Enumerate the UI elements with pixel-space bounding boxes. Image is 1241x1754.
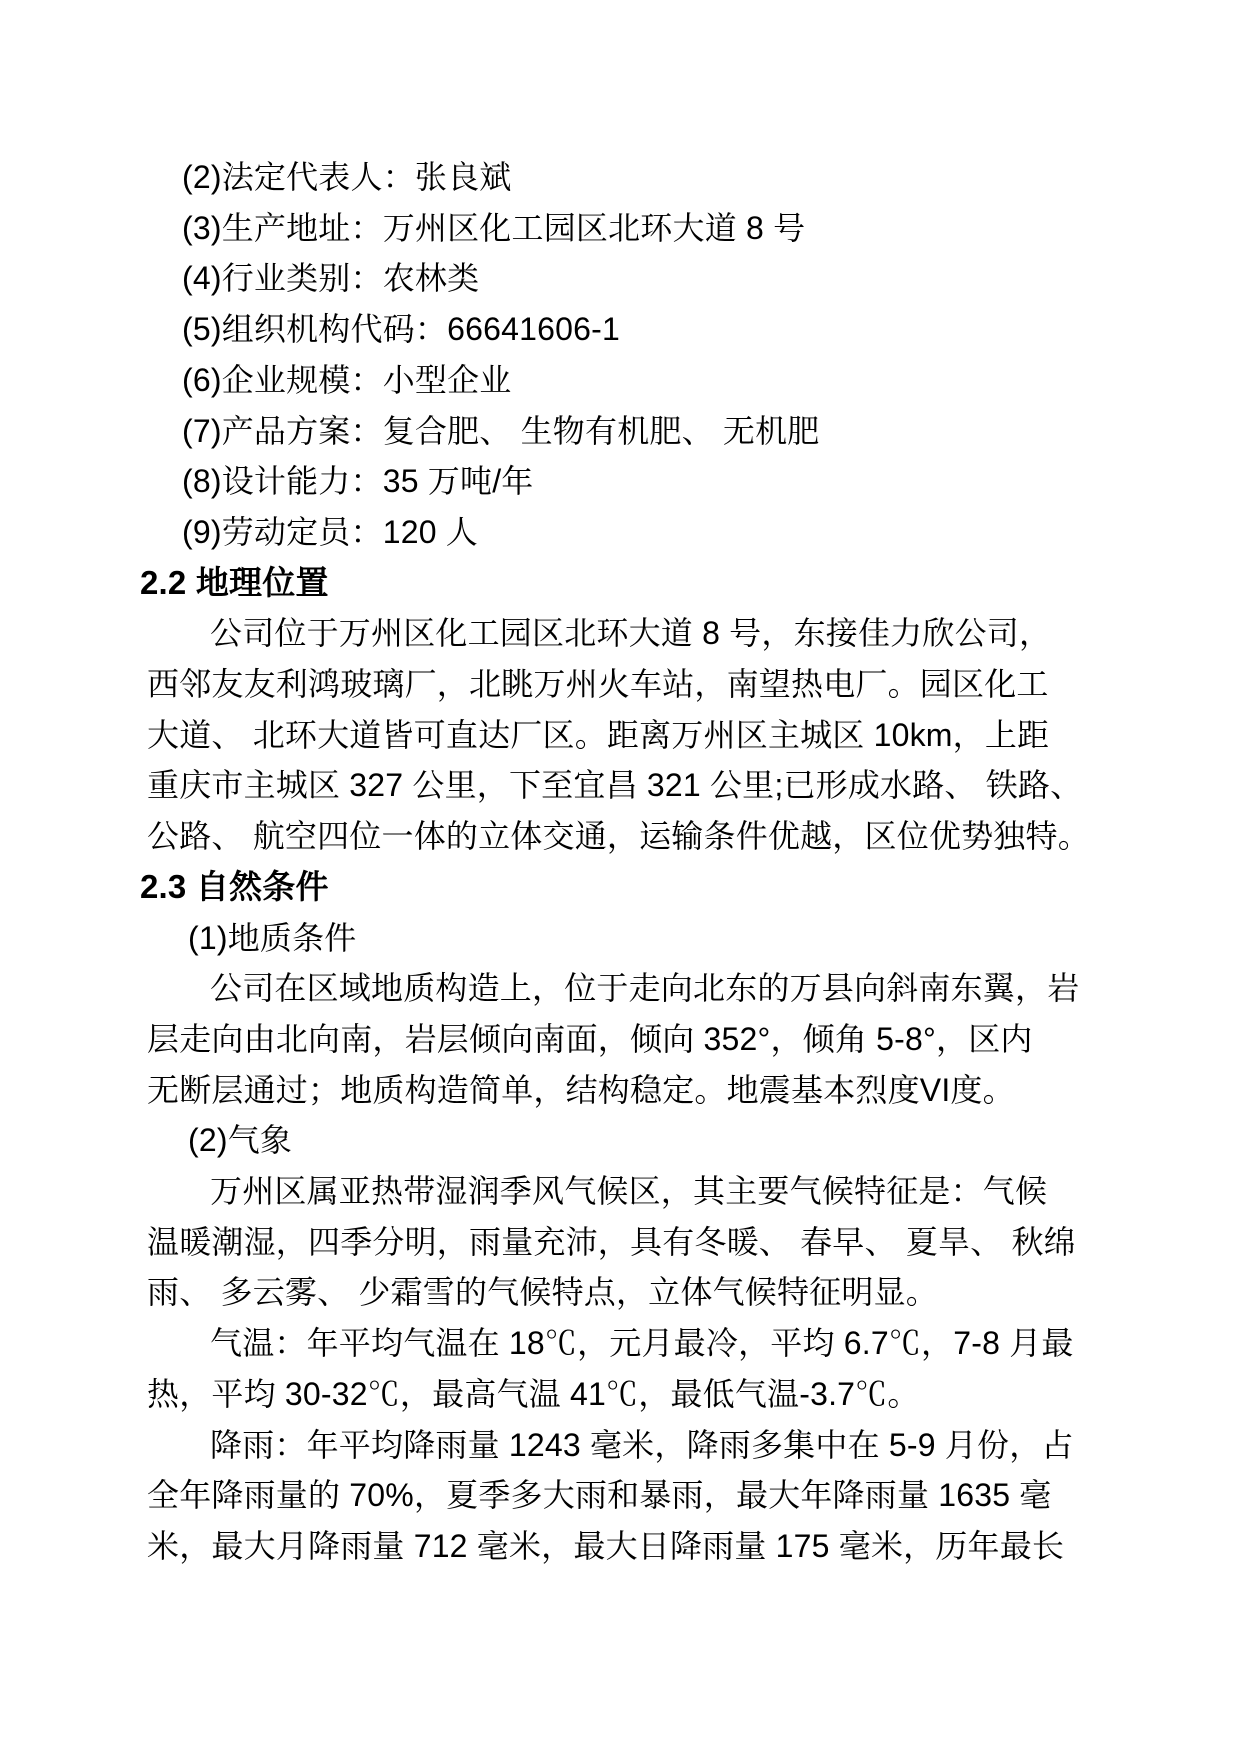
list-item: (7)产品方案：复合肥、 生物有机肥、 无机肥	[140, 406, 1151, 457]
list-item: (5)组织机构代码：66641606-1	[140, 304, 1151, 355]
list-item: (8)设计能力：35 万吨/年	[140, 456, 1151, 507]
list-item: (9)劳动定员：120 人	[140, 507, 1151, 558]
section-heading: 2.3 自然条件	[140, 862, 1151, 913]
paragraph-line: 公路、 航空四位一体的立体交通，运输条件优越，区位优势独特。	[140, 811, 1151, 862]
paragraph-line: 米，最大月降雨量 712 毫米，最大日降雨量 175 毫米，历年最长	[140, 1521, 1151, 1572]
list-item: (2)法定代表人：张良斌	[140, 152, 1151, 203]
paragraph-line: 重庆市主城区 327 公里，下至宜昌 321 公里;已形成水路、 铁路、	[140, 760, 1151, 811]
list-item: (6)企业规模：小型企业	[140, 355, 1151, 406]
paragraph-line: 雨、 多云雾、 少霜雪的气候特点，立体气候特征明显。	[140, 1267, 1151, 1318]
paragraph-line: 西邻友友利鸿玻璃厂，北眺万州火车站，南望热电厂。园区化工	[140, 659, 1151, 710]
paragraph-first-line: 降雨：年平均降雨量 1243 毫米，降雨多集中在 5-9 月份，占	[140, 1420, 1151, 1471]
list-item: (4)行业类别：农林类	[140, 253, 1151, 304]
paragraph-first-line: 气温：年平均气温在 18℃，元月最冷，平均 6.7℃，7-8 月最	[140, 1318, 1151, 1369]
document-page: (2)法定代表人：张良斌(3)生产地址：万州区化工园区北环大道 8 号(4)行业…	[0, 0, 1241, 1754]
paragraph-first-line: 公司在区域地质构造上，位于走向北东的万县向斜南东翼，岩	[140, 963, 1151, 1014]
paragraph-line: 全年降雨量的 70%，夏季多大雨和暴雨，最大年降雨量 1635 毫	[140, 1470, 1151, 1521]
paragraph-line: 热，平均 30-32℃，最高气温 41℃，最低气温-3.7℃。	[140, 1369, 1151, 1420]
paragraph-first-line: 公司位于万州区化工园区北环大道 8 号，东接佳力欣公司，	[140, 608, 1151, 659]
paragraph-line: 大道、 北环大道皆可直达厂区。距离万州区主城区 10km，上距	[140, 710, 1151, 761]
sub-list-item: (2)气象	[140, 1115, 1151, 1166]
paragraph-line: 层走向由北向南，岩层倾向南面，倾向 352°，倾角 5-8°，区内	[140, 1014, 1151, 1065]
list-item: (3)生产地址：万州区化工园区北环大道 8 号	[140, 203, 1151, 254]
sub-list-item: (1)地质条件	[140, 913, 1151, 964]
section-heading: 2.2 地理位置	[140, 558, 1151, 609]
paragraph-line: 温暖潮湿，四季分明，雨量充沛，具有冬暖、 春早、 夏旱、 秋绵	[140, 1217, 1151, 1268]
paragraph-first-line: 万州区属亚热带湿润季风气候区，其主要气候特征是：气候	[140, 1166, 1151, 1217]
paragraph-line: 无断层通过；地质构造简单，结构稳定。地震基本烈度VI度。	[140, 1065, 1151, 1116]
